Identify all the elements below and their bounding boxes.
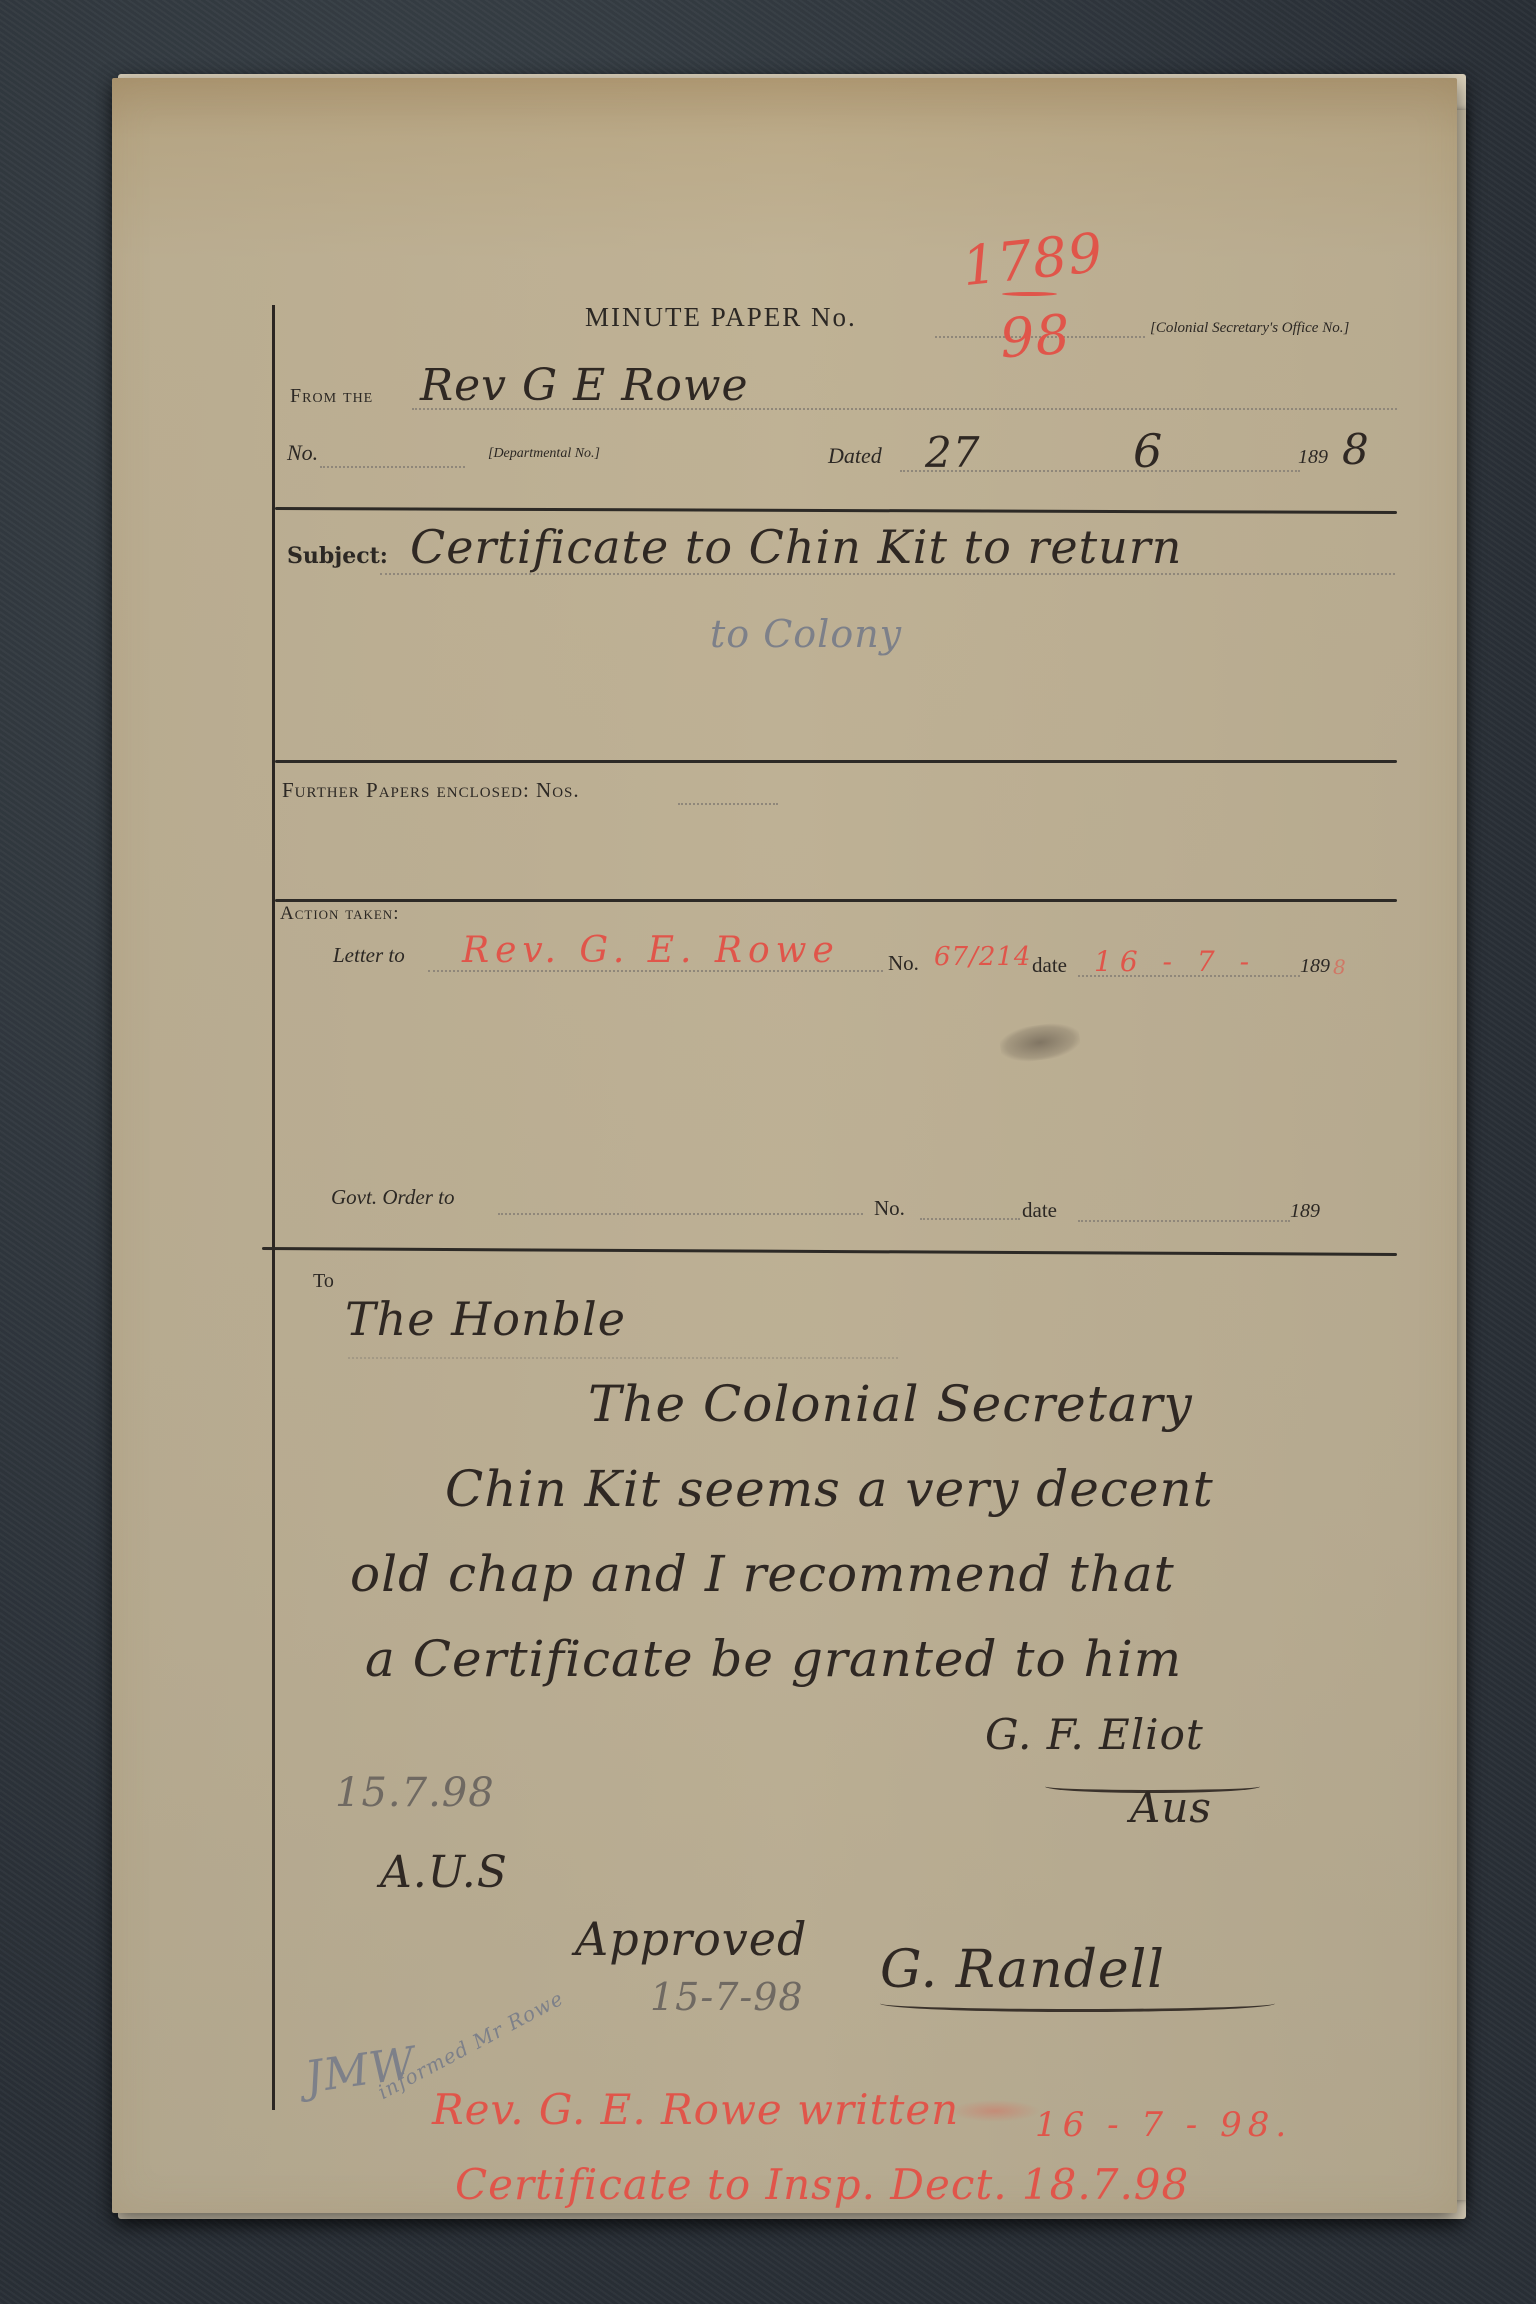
- subject-label: Subject:: [287, 543, 388, 569]
- minute-date-2: 15-7-98: [650, 1975, 804, 2019]
- letter-no-value: 67/214: [934, 942, 1031, 972]
- approved-label: Approved: [575, 1912, 807, 1966]
- subject-line-1: Certificate to Chin Kit to return: [410, 520, 1182, 574]
- signature-eliot: G. F. Eliot: [985, 1710, 1204, 1759]
- letter-to-label: Letter to: [333, 943, 405, 968]
- minute-body-line-2: old chap and I recommend that: [350, 1545, 1175, 1603]
- further-papers-line: [678, 803, 778, 805]
- govt-order-label: Govt. Order to: [331, 1185, 454, 1210]
- red-note-date-1: 16 - 7 - 98.: [1035, 2105, 1292, 2145]
- dated-day: 27: [925, 428, 980, 477]
- from-value: Rev G E Rowe: [420, 360, 749, 411]
- dated-year-prefix: 189: [1298, 446, 1328, 469]
- dated-month: 6: [1133, 424, 1163, 478]
- letter-to-value: Rev. G. E. Rowe: [462, 930, 840, 971]
- dated-label: Dated: [828, 443, 882, 469]
- signature-randell-flourish: [880, 1995, 1275, 2012]
- from-label: From the: [290, 385, 373, 408]
- further-papers-label: Further Papers enclosed: Nos.: [282, 778, 580, 803]
- govt-date-line: [1078, 1220, 1290, 1222]
- dept-no-note: [Departmental No.]: [488, 446, 600, 462]
- page-title: MINUTE PAPER No.: [585, 302, 857, 333]
- minute-number-separator: [1002, 292, 1057, 296]
- minute-body-line-3: a Certificate be granted to him: [365, 1630, 1182, 1688]
- dated-year-suffix: 8: [1342, 425, 1370, 474]
- govt-no-label: No.: [874, 1196, 905, 1221]
- addressee-line: [348, 1357, 898, 1359]
- letter-year-prefix: 189: [1300, 955, 1330, 978]
- subject-line-2: to Colony: [710, 612, 902, 656]
- office-note: [Colonial Secretary's Office No.]: [1150, 320, 1349, 337]
- minute-date-1: 15.7.98: [335, 1770, 495, 1816]
- signature-eliot-title: Aus: [1130, 1783, 1212, 1832]
- dept-no-line: [320, 466, 465, 468]
- red-note-line-2: Certificate to Insp. Dect. 18.7.98: [455, 2160, 1189, 2209]
- initials-aus: A.U.S: [380, 1847, 508, 1898]
- letter-date-value: 16 - 7 -: [1094, 945, 1257, 978]
- divider-further-papers: [275, 899, 1397, 902]
- addressee-line-1: The Honble: [345, 1292, 626, 1346]
- red-note-line-1: Rev. G. E. Rowe written: [432, 2085, 959, 2134]
- letter-year-suffix: 8: [1333, 955, 1347, 979]
- govt-year-prefix: 189: [1290, 1200, 1320, 1223]
- margin-rule: [272, 305, 275, 2110]
- letter-date-label: date: [1032, 953, 1067, 978]
- divider-subject: [275, 760, 1397, 763]
- govt-order-line: [498, 1213, 863, 1215]
- to-label: To: [313, 1270, 334, 1293]
- govt-date-label: date: [1022, 1198, 1057, 1223]
- letter-no-label: No.: [888, 951, 919, 976]
- action-taken-label: Action taken:: [280, 903, 399, 925]
- dept-no-label: No.: [287, 440, 318, 466]
- minute-number-bottom: 98: [998, 303, 1073, 371]
- govt-no-line: [920, 1218, 1020, 1220]
- red-ink-smudge: [950, 2100, 1040, 2122]
- signature-randell: G. Randell: [880, 1940, 1165, 2000]
- minute-body-line-1: Chin Kit seems a very decent: [445, 1460, 1214, 1518]
- addressee-line-2: The Colonial Secretary: [588, 1375, 1193, 1433]
